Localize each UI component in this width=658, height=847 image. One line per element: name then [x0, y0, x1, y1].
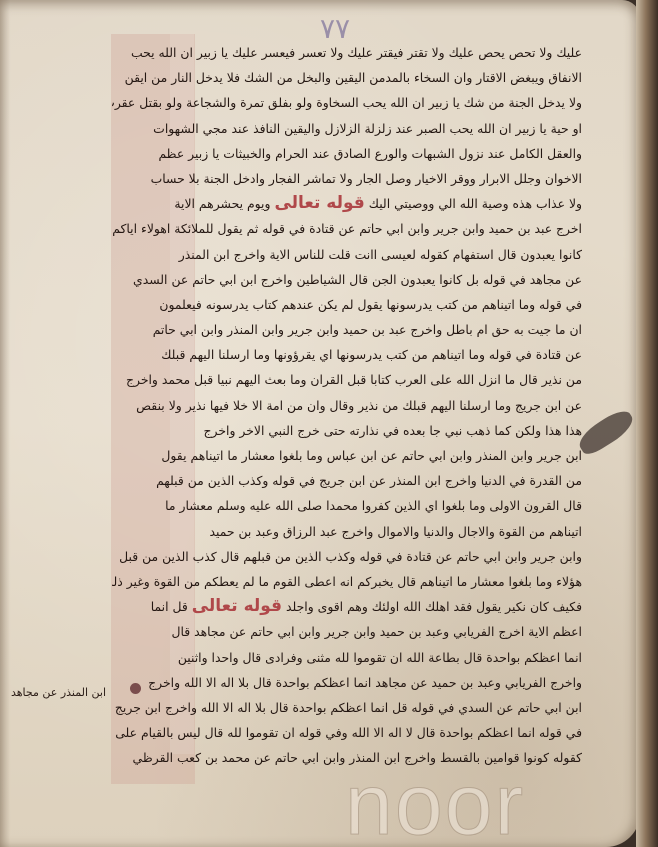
page-number: ٧٧ [300, 12, 370, 42]
site-watermark: noor [345, 770, 645, 840]
text-line: ولا يدخل الجنة من شك يا زبير ان الله يحب… [112, 90, 582, 115]
text-line: واخرج الفريابي وعبد بن حميد عن مجاهد انم… [112, 670, 582, 695]
text-line: عليك ولا تحص يحص عليك ولا تقتر فيقتر علي… [112, 40, 582, 65]
text-line: انما اعظكم بواحدة قال بطاعة الله ان تقوم… [112, 645, 582, 670]
text-line: قال القرون الاولى وما بلغوا اي الذين كفر… [112, 493, 582, 518]
page-left-shadow [0, 0, 10, 847]
text-line: الاخوان وجلل الابرار ووقر الاخيار وصل ال… [112, 166, 582, 191]
text-line: كقوله كونوا قوامين بالقسط واخرج ابن المن… [112, 745, 582, 770]
text-line: او حية يا زبير ان الله يحب الصبر عند زلز… [112, 116, 582, 141]
text-line: ان ما جيت به حق ام باطل واخرج عبد بن حمي… [112, 317, 582, 342]
text-line-with-rubric: فكيف كان نكير يقول فقد اهلك الله اولئك و… [112, 594, 582, 619]
rubric-heading: قوله تعالى [274, 193, 364, 213]
text-line: هذا هذا ولكن كما ذهب نبي جا بعده في نذار… [112, 418, 582, 443]
text-line: ابن ابي حاتم عن السدي في قوله قل انما اع… [112, 695, 582, 720]
text-line: عن ابن جريج وما ارسلنا اليهم قبلك من نذي… [112, 393, 582, 418]
text-line: ابن جرير وابن المنذر وابن ابي حاتم عن اب… [112, 443, 582, 468]
text-line: اتيناهم من القوة والاجال والدنيا والاموا… [112, 519, 582, 544]
margin-note: ابن المنذر عن مجاهد [20, 686, 106, 699]
text-segment: ولا عذاب هذه وصية الله الي ووصيتي اليك [369, 196, 582, 211]
text-line: في قوله انما اعظكم بواحدة قال لا اله الا… [112, 720, 582, 745]
page-edge [636, 0, 658, 847]
text-line: من نذير قال ما انزل الله على العرب كتابا… [112, 367, 582, 392]
text-line: اعظم الاية اخرج الفريابي وعبد بن حميد وا… [112, 619, 582, 644]
text-line-with-rubric: ولا عذاب هذه وصية الله الي ووصيتي اليك ق… [112, 191, 582, 216]
text-line: والعقل الكامل عند نزول الشبهات والورع ال… [112, 141, 582, 166]
text-line: عن مجاهد في قوله بل كانوا يعبدون الجن قا… [112, 267, 582, 292]
text-segment: ويوم يحشرهم الاية [174, 196, 270, 211]
text-line: هؤلاء وما بلغوا معشار ما اتيناهم قال يخب… [112, 569, 582, 594]
text-line: عن قتادة في قوله وما اتيناهم من كتب يدرس… [112, 342, 582, 367]
text-segment: فكيف كان نكير يقول فقد اهلك الله اولئك و… [286, 599, 582, 614]
text-line: من القدرة في الدنيا واخرج ابن المنذر عن … [112, 468, 582, 493]
text-line: وابن جرير وابن ابي حاتم عن قتادة في قوله… [112, 544, 582, 569]
text-line: في قوله وما اتيناهم من كتب يدرسونها يقول… [112, 292, 582, 317]
text-line: الانفاق ويبغض الاقتار وان السخاء بالمدمن… [112, 65, 582, 90]
rubric-heading: قوله تعالى [192, 596, 282, 616]
manuscript-text: عليك ولا تحص يحص عليك ولا تقتر فيقتر علي… [112, 40, 582, 770]
text-segment: قل انما [151, 599, 188, 614]
verse-end-marker-icon [130, 683, 141, 694]
text-line: اخرج عبد بن حميد وابن جرير وابن ابي حاتم… [112, 216, 582, 241]
text-line: كانوا يعبدون قال استفهام كقوله لعيسى اان… [112, 242, 582, 267]
